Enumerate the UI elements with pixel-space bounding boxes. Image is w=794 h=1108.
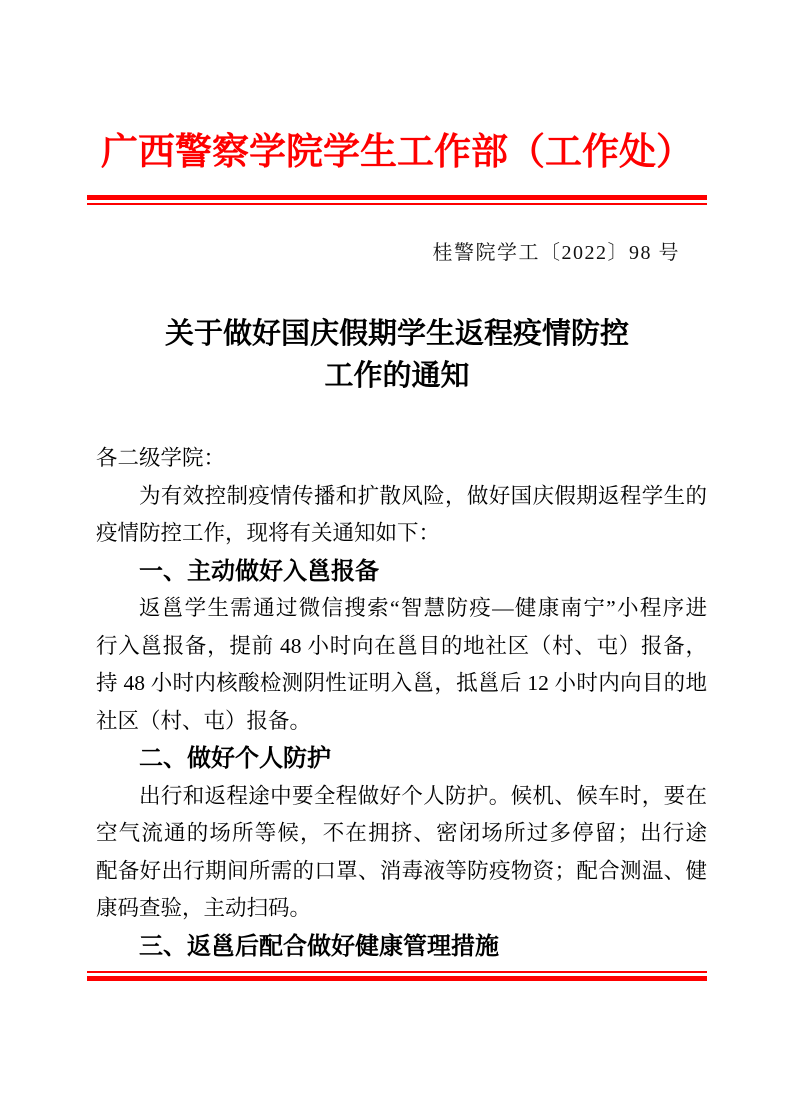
section-heading: 二、做好个人防护 xyxy=(96,740,707,778)
body-line: 为有效控制疫情传播和扩散风险，做好国庆假期返程学生的 xyxy=(96,478,707,516)
document-page: 广西警察学院学生工作部（工作处） 桂警院学工〔2022〕98 号 关于做好国庆假… xyxy=(0,0,794,1108)
section-heading: 三、返邕后配合做好健康管理措施 xyxy=(96,928,707,966)
red-separator-bottom xyxy=(87,971,707,981)
masthead-title: 广西警察学院学生工作部（工作处） xyxy=(40,128,754,176)
document-title: 关于做好国庆假期学生返程疫情防控 工作的通知 xyxy=(87,313,707,397)
body-line: 疫情防控工作，现将有关通知如下： xyxy=(96,515,707,553)
document-title-line2: 工作的通知 xyxy=(87,355,707,397)
red-separator-top xyxy=(87,195,707,205)
body-line: 各二级学院： xyxy=(96,440,707,478)
section-heading: 一、主动做好入邕报备 xyxy=(96,553,707,591)
document-title-line1: 关于做好国庆假期学生返程疫情防控 xyxy=(87,313,707,355)
document-body: 各二级学院：为有效控制疫情传播和扩散风险，做好国庆假期返程学生的疫情防控工作，现… xyxy=(96,440,707,965)
document-number: 桂警院学工〔2022〕98 号 xyxy=(87,240,707,266)
body-line: 持 48 小时内核酸检测阴性证明入邕，抵邕后 12 小时内向目的地 xyxy=(96,665,707,703)
body-line: 康码查验，主动扫码。 xyxy=(96,890,707,928)
body-line: 返邕学生需通过微信搜索“智慧防疫—健康南宁”小程序进 xyxy=(96,590,707,628)
body-line: 配备好出行期间所需的口罩、消毒液等防疫物资；配合测温、健 xyxy=(96,853,707,891)
body-line: 行入邕报备，提前 48 小时向在邕目的地社区（村、屯）报备， xyxy=(96,628,707,666)
body-line: 空气流通的场所等候，不在拥挤、密闭场所过多停留；出行途中， xyxy=(96,815,707,853)
body-line: 社区（村、屯）报备。 xyxy=(96,703,707,741)
body-line: 出行和返程途中要全程做好个人防护。候机、候车时，要在 xyxy=(96,778,707,816)
